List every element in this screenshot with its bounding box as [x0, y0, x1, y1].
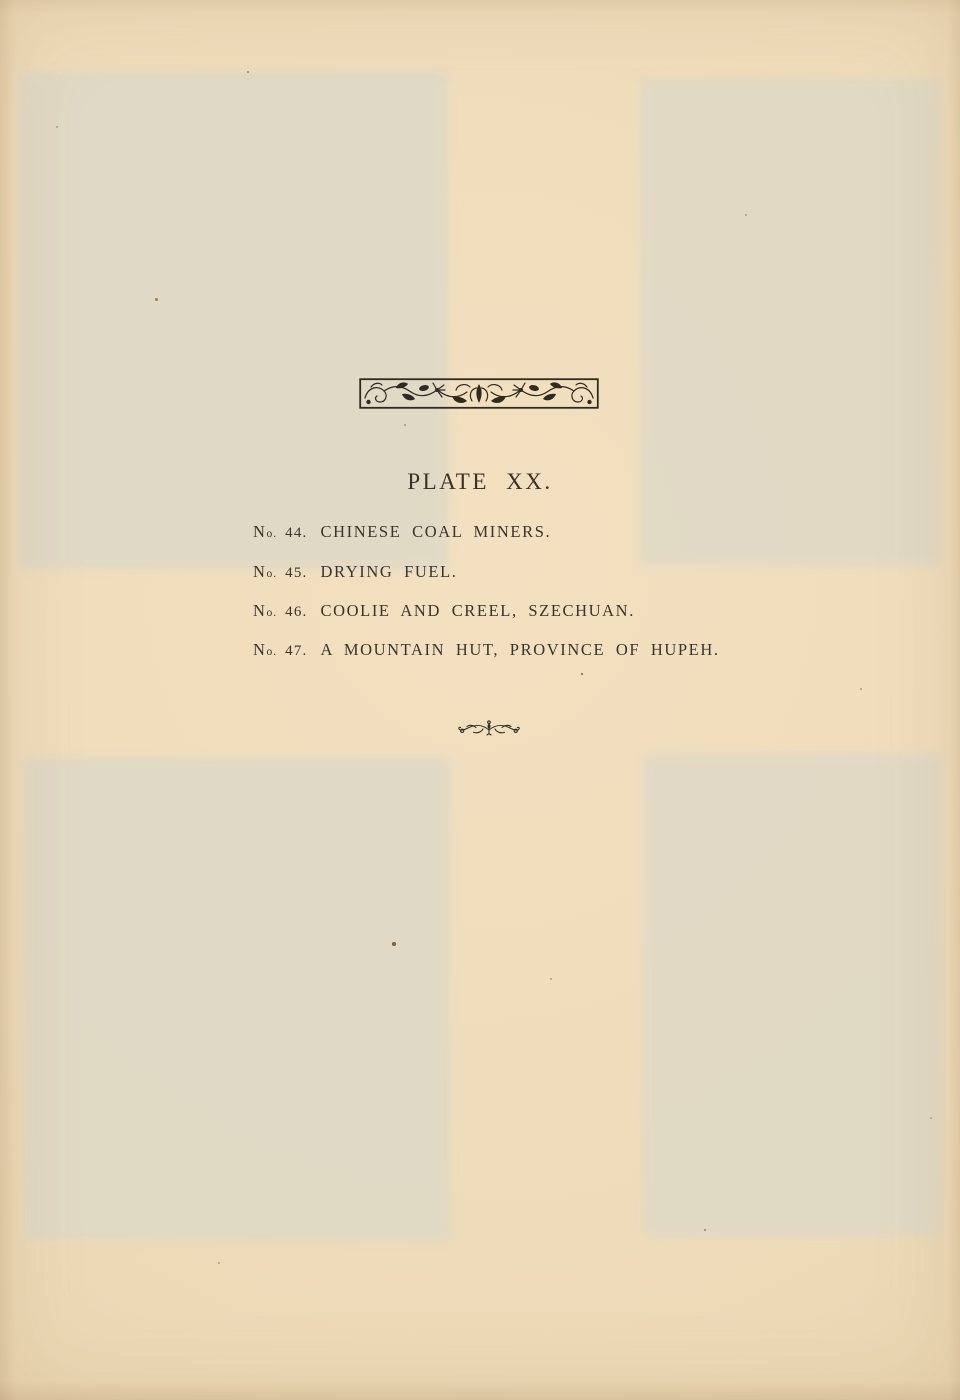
entry-number: 46.	[285, 604, 307, 620]
plate-entry: No.45.DRYING FUEL.	[253, 564, 457, 581]
show-through-bottom-right	[643, 754, 943, 1236]
plate-title: PLATE XX.	[0, 470, 960, 493]
entry-number: 45.	[285, 565, 307, 581]
entry-title: DRYING FUEL.	[321, 562, 458, 581]
entry-no-label: No.	[253, 522, 277, 541]
foxing-speck	[581, 673, 583, 675]
plate-entry: No.44.CHINESE COAL MINERS.	[253, 524, 551, 541]
entry-title: COOLIE AND CREEL, SZECHUAN.	[321, 601, 635, 620]
book-page: PLATE XX. No.44.CHINESE COAL MINERS. No.…	[0, 0, 960, 1400]
entry-title: CHINESE COAL MINERS.	[321, 522, 552, 541]
foxing-speck	[860, 688, 862, 690]
entry-no-label: No.	[253, 562, 277, 581]
show-through-bottom-left	[24, 757, 450, 1240]
entry-no-label: No.	[253, 601, 277, 620]
entry-title: A MOUNTAIN HUT, PROVINCE OF HUPEH.	[321, 640, 720, 659]
foxing-speck	[218, 1262, 220, 1264]
foxing-speck	[550, 978, 552, 980]
tailpiece-ornament-icon	[456, 720, 522, 738]
plate-entry: No.46.COOLIE AND CREEL, SZECHUAN.	[253, 603, 635, 620]
entry-number: 47.	[285, 643, 307, 659]
show-through-top-left	[18, 72, 448, 570]
entry-no-label: No.	[253, 640, 277, 659]
header-ornament-icon	[359, 378, 599, 409]
entry-number: 44.	[285, 525, 307, 541]
plate-entry: No.47.A MOUNTAIN HUT, PROVINCE OF HUPEH.	[253, 642, 720, 659]
